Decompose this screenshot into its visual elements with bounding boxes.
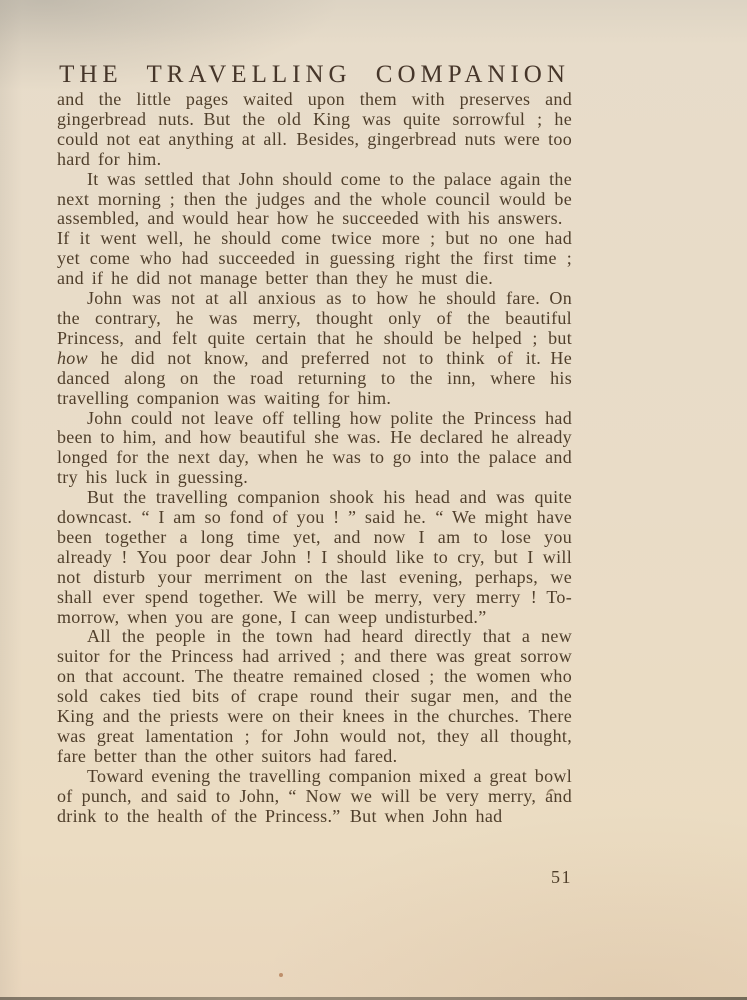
text-block: and the little pages waited upon them wi…	[57, 90, 572, 827]
paragraph: John could not leave off telling how pol…	[57, 409, 572, 489]
text-segment: But the travelling companion shook his h…	[57, 487, 572, 626]
print-artifact-speck	[279, 973, 283, 977]
text-segment: and the little pages waited upon them wi…	[57, 89, 572, 169]
text-segment: John could not leave off telling how pol…	[57, 408, 572, 488]
paragraph: Toward evening the travelling companion …	[57, 767, 572, 827]
text-segment: John was not at all anxious as to how he…	[57, 288, 572, 348]
paragraph: and the little pages waited upon them wi…	[57, 90, 572, 170]
paragraph: It was settled that John should come to …	[57, 170, 572, 289]
page-title: THE TRAVELLING COMPANION	[57, 61, 572, 89]
text-segment: Toward evening the travelling companion …	[57, 766, 572, 826]
page-number: 51	[551, 867, 572, 888]
paragraph: All the people in the town had heard dir…	[57, 627, 572, 766]
paragraph: But the travelling companion shook his h…	[57, 488, 572, 627]
text-segment: All the people in the town had heard dir…	[57, 626, 572, 765]
text-segment: It was settled that John should come to …	[57, 169, 572, 289]
italic-text-segment: how	[57, 348, 88, 368]
text-segment: he did not know, and preferred not to th…	[57, 348, 572, 408]
book-page: THE TRAVELLING COMPANION and the little …	[0, 0, 747, 1000]
paragraph: John was not at all anxious as to how he…	[57, 289, 572, 408]
